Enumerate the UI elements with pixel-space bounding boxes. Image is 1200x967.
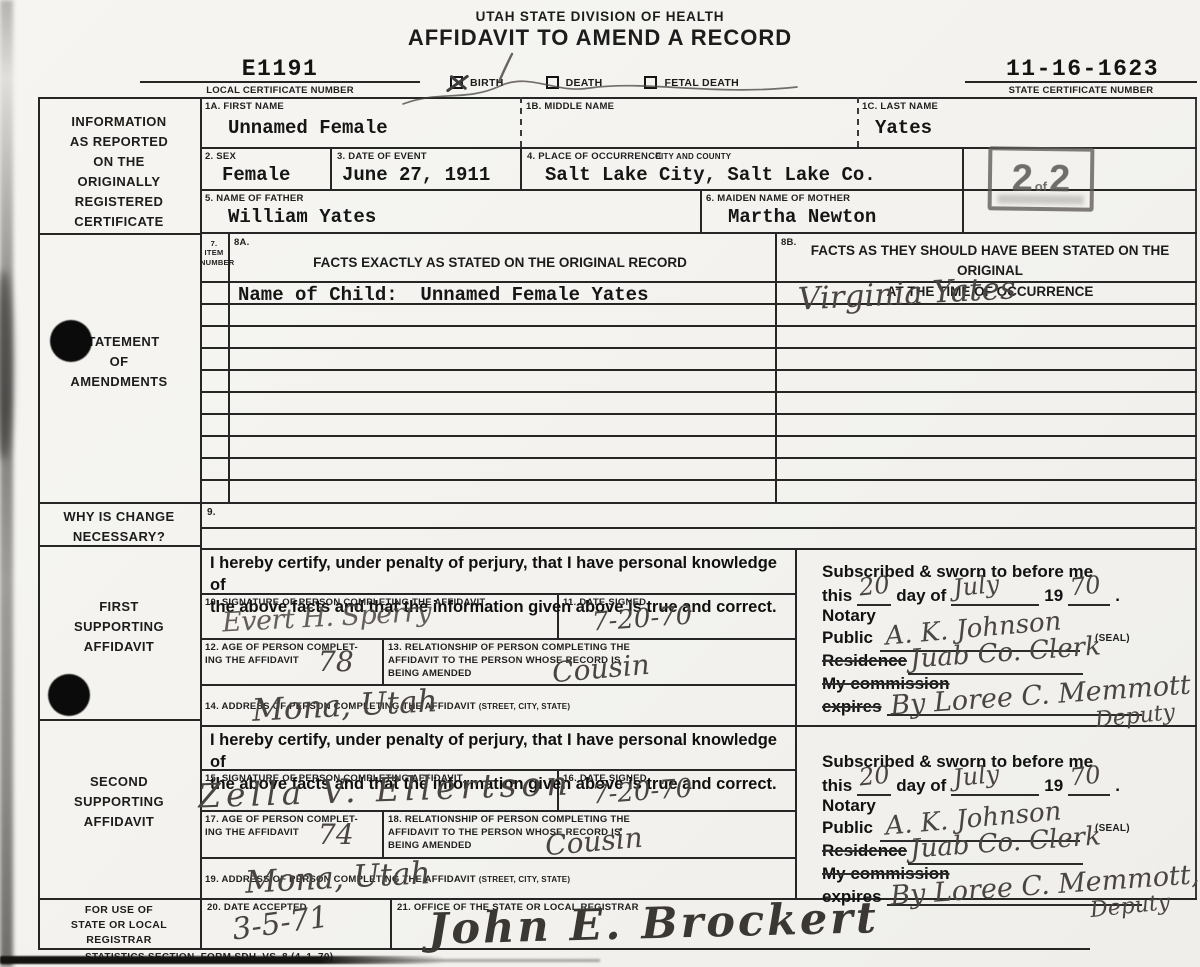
- stamp-smudge: [998, 194, 1084, 204]
- year-value: 70: [1069, 570, 1102, 601]
- sidebar-rule-1: [38, 233, 200, 235]
- local-certificate-number-value: E1191: [140, 56, 420, 82]
- date-of-event-label: 3. DATE OF EVENT: [337, 151, 427, 164]
- last-name-value: Yates: [875, 117, 932, 139]
- mother-name-label: 6. MAIDEN NAME OF MOTHER: [706, 193, 850, 206]
- amendment-row-rule: [200, 325, 1197, 327]
- year-blank: 70: [1068, 584, 1110, 606]
- scan-bottom-artifact: [300, 959, 600, 962]
- first-name-value: Unnamed Female: [228, 117, 388, 139]
- cell-divider: [390, 898, 392, 948]
- month-value: July: [952, 760, 1001, 793]
- place-sublabel: CITY AND COUNTY: [655, 152, 731, 163]
- col-8a-title: FACTS EXACTLY AS STATED ON THE ORIGINAL …: [240, 253, 760, 273]
- sworn-date-line: this 20 day of July 19 70 .: [822, 584, 1120, 606]
- state-certificate-number-label: STATE CERTIFICATE NUMBER: [965, 85, 1197, 98]
- row-border: [200, 638, 795, 640]
- amendment-row-rule: [200, 413, 1197, 415]
- sidebar-first-affidavit-label: FIRST SUPPORTING AFFIDAVIT: [40, 597, 198, 657]
- expires-label: expires: [822, 697, 882, 717]
- amendment-row-rule: [200, 457, 1197, 459]
- notary-label: Notary: [822, 796, 876, 816]
- year-blank: 70: [1068, 774, 1110, 796]
- stamp-text: of: [1035, 178, 1047, 193]
- cell-divider: [520, 147, 522, 189]
- first-name-label: 1A. FIRST NAME: [205, 101, 284, 114]
- last-name-label: 1C. LAST NAME: [862, 101, 938, 114]
- cell-divider: [382, 638, 384, 684]
- why-change-writing-line: [200, 527, 1195, 529]
- sidebar-rule-2: [38, 719, 200, 721]
- first-notary-block: Subscribed & sworn to before me this 20 …: [795, 548, 1197, 725]
- row-border: [200, 857, 795, 859]
- address-sublabel: (STREET, CITY, STATE): [479, 875, 570, 884]
- public-label: Public: [822, 628, 873, 648]
- mother-name-value: Martha Newton: [728, 206, 876, 228]
- sworn-date-line: this 20 day of July 19 70 .: [822, 774, 1120, 796]
- day-value: 20: [858, 570, 891, 601]
- date-signed-value: 7-20-70: [591, 774, 693, 811]
- day-blank: 20: [857, 774, 891, 796]
- cell-divider: [330, 147, 332, 189]
- scan-edge-artifact: [0, 0, 13, 967]
- cell-divider: [857, 97, 859, 147]
- amendment-original-fact: Name of Child: Unnamed Female Yates: [238, 284, 648, 306]
- residence-label: Residence: [822, 841, 907, 861]
- sidebar-divider: [200, 97, 202, 948]
- month-value: July: [952, 570, 1001, 603]
- item-column-divider: [228, 232, 230, 502]
- amendment-row-rule: [200, 391, 1197, 393]
- amendment-row-rule: [200, 479, 1197, 481]
- date-of-event-value: June 27, 1911: [342, 164, 490, 186]
- item-number-column-header: 7. ITEM NUMBER: [200, 239, 228, 267]
- month-blank: July: [951, 584, 1039, 606]
- this-label: this: [822, 776, 852, 796]
- local-certificate-underline: [140, 81, 420, 83]
- day-value: 20: [858, 760, 891, 791]
- sidebar-registrar-label: FOR USE OF STATE OR LOCAL REGISTRAR: [40, 903, 198, 949]
- sex-value: Female: [222, 164, 290, 186]
- why-change-item-number: 9.: [207, 506, 216, 520]
- this-label: this: [822, 586, 852, 606]
- address-sublabel: (STREET, CITY, STATE): [479, 702, 570, 711]
- day-of-label: day of: [896, 586, 946, 606]
- pen-squiggle-artifact: [395, 60, 815, 110]
- age-value: 78: [318, 645, 354, 678]
- col-8a-number: 8A.: [234, 237, 250, 250]
- relationship-value: Cousin: [544, 821, 644, 862]
- place-of-occurrence-label: 4. PLACE OF OCCURRENCE: [527, 151, 662, 164]
- notary-label: Notary: [822, 606, 876, 626]
- residence-underline: [908, 863, 1083, 865]
- amendment-row-rule: [200, 369, 1197, 371]
- sidebar-second-affidavit-label: SECOND SUPPORTING AFFIDAVIT: [40, 772, 198, 832]
- age-value: 74: [318, 818, 354, 851]
- day-of-label: day of: [896, 776, 946, 796]
- sex-label: 2. SEX: [205, 151, 236, 164]
- registrar-signature: John E. Brockert: [427, 893, 879, 955]
- sidebar-why-label: WHY IS CHANGE NECESSARY?: [40, 507, 198, 547]
- hole-punch: [50, 320, 92, 362]
- scanned-affidavit-document: UTAH STATE DIVISION OF HEALTH AFFIDAVIT …: [0, 0, 1200, 967]
- sidebar-info-label: INFORMATION AS REPORTED ON THE ORIGINALL…: [40, 112, 198, 232]
- period: .: [1115, 776, 1120, 796]
- cell-divider: [382, 810, 384, 857]
- month-blank: July: [951, 774, 1039, 796]
- place-of-occurrence-value: Salt Lake City, Salt Lake Co.: [545, 164, 876, 186]
- cell-divider: [700, 189, 702, 232]
- amendment-row-rule: [200, 347, 1197, 349]
- year-prefix: 19: [1044, 776, 1063, 796]
- page-title: AFFIDAVIT TO AMEND A RECORD: [0, 25, 1200, 51]
- relationship-value: Cousin: [551, 648, 651, 689]
- year-prefix: 19: [1044, 586, 1063, 606]
- second-notary-block: Subscribed & sworn to before me this 20 …: [795, 725, 1197, 898]
- period: .: [1115, 586, 1120, 606]
- father-name-value: William Yates: [228, 206, 376, 228]
- amendment-row-rule: [200, 435, 1197, 437]
- day-blank: 20: [857, 584, 891, 606]
- state-certificate-underline: [965, 81, 1197, 83]
- date-signed-value: 7-20-70: [591, 601, 693, 638]
- father-name-label: 5. NAME OF FATHER: [205, 193, 304, 206]
- row-border: [200, 232, 1197, 234]
- residence-label: Residence: [822, 651, 907, 671]
- year-value: 70: [1069, 760, 1102, 791]
- agency-name: UTAH STATE DIVISION OF HEALTH: [0, 9, 1200, 24]
- page-2-of-2-stamp: 2 of 2: [988, 146, 1095, 211]
- state-certificate-number-value: 11-16-1623: [965, 56, 1200, 82]
- residence-underline: [908, 673, 1083, 675]
- public-label: Public: [822, 818, 873, 838]
- hole-punch: [48, 674, 90, 716]
- local-certificate-number-label: LOCAL CERTIFICATE NUMBER: [140, 85, 420, 98]
- section-border: [38, 502, 1197, 504]
- facts-column-divider: [775, 232, 777, 502]
- row-border: [200, 684, 795, 686]
